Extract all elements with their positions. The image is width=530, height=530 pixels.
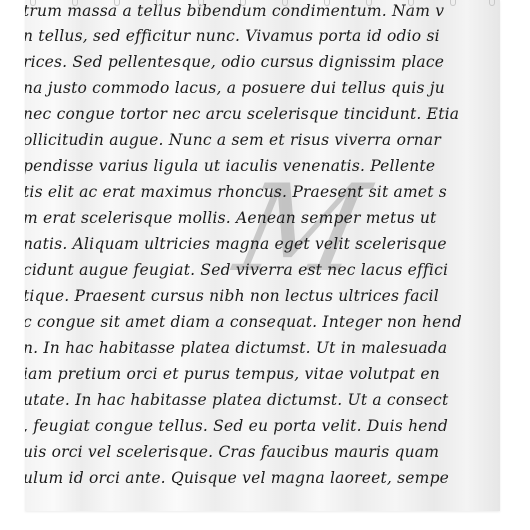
text-line: natis. Aliquam ultricies magna eget veli… [25,235,447,253]
text-line: m erat scelerisque mollis. Aenean semper… [25,209,436,227]
hook-icon [240,0,246,6]
hook-icon [114,0,120,6]
hook-icon [450,0,456,6]
hook-icon [408,0,414,6]
hook-icon [156,0,162,6]
text-line: n tellus, sed efficitur nunc. Vivamus po… [25,27,440,45]
text-line: n. In hac habitasse platea dictumst. Ut … [25,339,447,357]
hook-icon [282,0,288,6]
hook-icon [72,0,78,6]
shower-curtain: M trum massa a tellus bibendum condiment… [25,0,500,511]
hook-icon [30,0,36,6]
hook-icon [324,0,330,6]
hook-icon [198,0,204,6]
curtain-hooks [25,0,500,6]
hook-icon [489,0,495,6]
text-line: nec congue tortor nec arcu scelerisque t… [25,105,459,123]
text-line: rices. Sed pellentesque, odio cursus dig… [25,53,444,71]
text-line: ulum id orci ante. Quisque vel magna lao… [25,469,449,487]
text-line: cidunt augue feugiat. Sed viverra est ne… [25,261,448,279]
text-line: uis orci vel scelerisque. Cras faucibus … [25,443,439,461]
text-line: ollicitudin augue. Nunc a sem et risus v… [25,131,441,149]
text-line: iam pretium orci et purus tempus, vitae … [25,365,440,383]
text-line: tis elit ac erat maximus rhoncus. Praese… [25,183,447,201]
text-line: tique. Praesent cursus nibh non lectus u… [25,287,439,305]
text-line: c congue sit amet diam a consequat. Inte… [25,313,462,331]
text-line: utate. In hac habitasse platea dictumst.… [25,391,448,409]
text-line: pendisse varius ligula ut iaculis venena… [25,157,435,175]
text-line: na justo commodo lacus, a posuere dui te… [25,79,445,97]
text-line: , feugiat congue tellus. Sed eu porta ve… [25,417,448,435]
hook-icon [366,0,372,6]
